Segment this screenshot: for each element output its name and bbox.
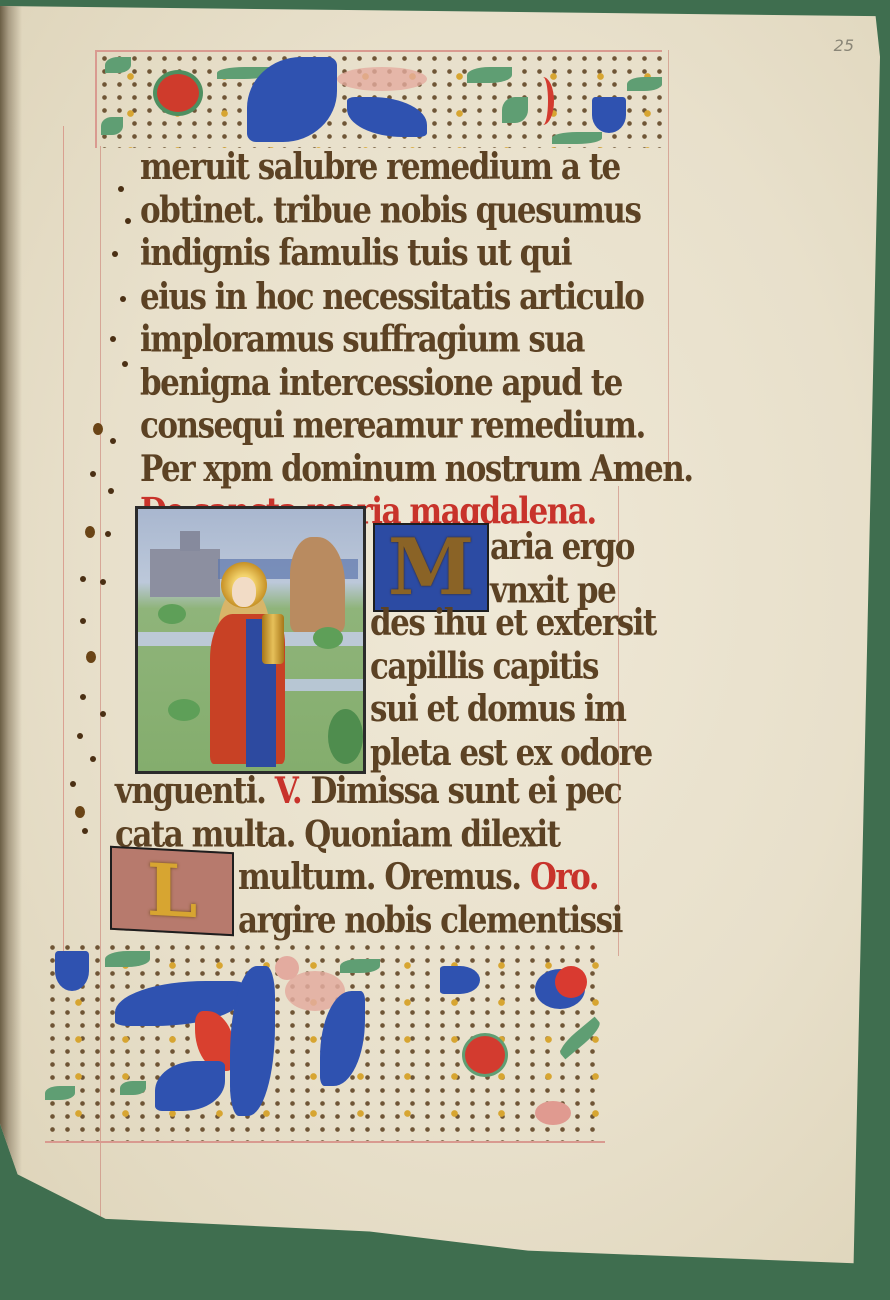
green-leaf-icon [467, 67, 512, 83]
initial-letter: M [388, 529, 474, 607]
manuscript-leaf: 25 [0, 6, 880, 1276]
text-line: meruit salubre remedium a te [140, 146, 670, 189]
green-leaf-icon [627, 77, 662, 91]
green-leaf-icon [502, 97, 528, 123]
castle-icon [150, 549, 220, 597]
versicle-text: vnguenti. V. Dimissa sunt ei pec cata mu… [115, 770, 635, 856]
text-line: indignis famulis tuis ut qui [140, 232, 670, 275]
miniature-mary-magdalene [135, 506, 366, 774]
top-floral-border [95, 50, 662, 148]
margin-ruling [63, 126, 64, 956]
pink-thistle-icon [275, 956, 299, 980]
green-leaf-icon [101, 117, 123, 135]
red-rose-icon [157, 74, 199, 112]
red-strawberry-icon [465, 1036, 505, 1074]
prayer-text-block: meruit salubre remedium a te obtinet. tr… [140, 146, 670, 534]
text-line: benigna intercessione apud te [140, 361, 670, 404]
green-leaf-icon [120, 1081, 146, 1095]
text-line: vnguenti. V. Dimissa sunt ei pec [115, 770, 635, 813]
blue-flower-icon [440, 966, 480, 994]
red-flower-icon [555, 966, 587, 998]
text-line: argire nobis clementissi [238, 899, 638, 942]
blue-bellflower-icon [592, 97, 626, 133]
folio-number: 25 [834, 36, 854, 55]
green-leaf-icon [45, 1086, 75, 1100]
tree-icon [158, 604, 186, 624]
text-line: sui et domus im [370, 688, 630, 731]
tree-icon [328, 709, 363, 764]
text-line: eius in hoc necessitatis articulo [140, 275, 670, 318]
saint-face [232, 577, 256, 607]
text-line: Per xpm dominum nostrum Amen. [140, 447, 670, 490]
illuminated-initial-l: L [110, 846, 234, 936]
green-leaf-icon [105, 951, 150, 967]
antiphon-text-top: aria ergo vnxit pe [490, 526, 660, 612]
pink-flower-icon [535, 1101, 571, 1125]
text-line: obtinet. tribue nobis quesumus [140, 189, 670, 232]
green-leaf-icon [340, 959, 380, 973]
collect-text: multum. Oremus. Oro. argire nobis clemen… [238, 856, 638, 942]
green-leaf-icon [105, 57, 131, 73]
text-line: des ihu et extersit [370, 602, 630, 645]
bottom-floral-border [45, 941, 605, 1143]
text-line: imploramus suffragium sua [140, 318, 670, 361]
tree-icon [168, 699, 200, 721]
versicle-mark: V. [275, 770, 301, 812]
blue-bellflower-icon [55, 951, 89, 991]
pink-acanthus-icon [337, 67, 427, 91]
text-line: consequi mereamur remedium. [140, 404, 670, 447]
text-line: capillis capitis [370, 645, 630, 688]
red-crescent-icon [532, 77, 554, 125]
green-leaf-icon [552, 132, 602, 144]
text-line: multum. Oremus. Oro. [238, 856, 638, 899]
tree-icon [313, 627, 343, 649]
text-line: pleta est ex odore [370, 731, 630, 774]
illuminated-initial-m: M [373, 523, 489, 612]
initial-letter: L [147, 854, 198, 929]
gutter-shadow [0, 6, 22, 1276]
antiphon-text-lower: des ihu et extersit capillis capitis sui… [370, 602, 630, 774]
rock-outcrop [290, 537, 345, 632]
river [278, 679, 363, 691]
ointment-jar-icon [262, 614, 284, 664]
oremus-rubric: Oro. [530, 856, 598, 898]
text-line: aria ergo [490, 526, 660, 569]
